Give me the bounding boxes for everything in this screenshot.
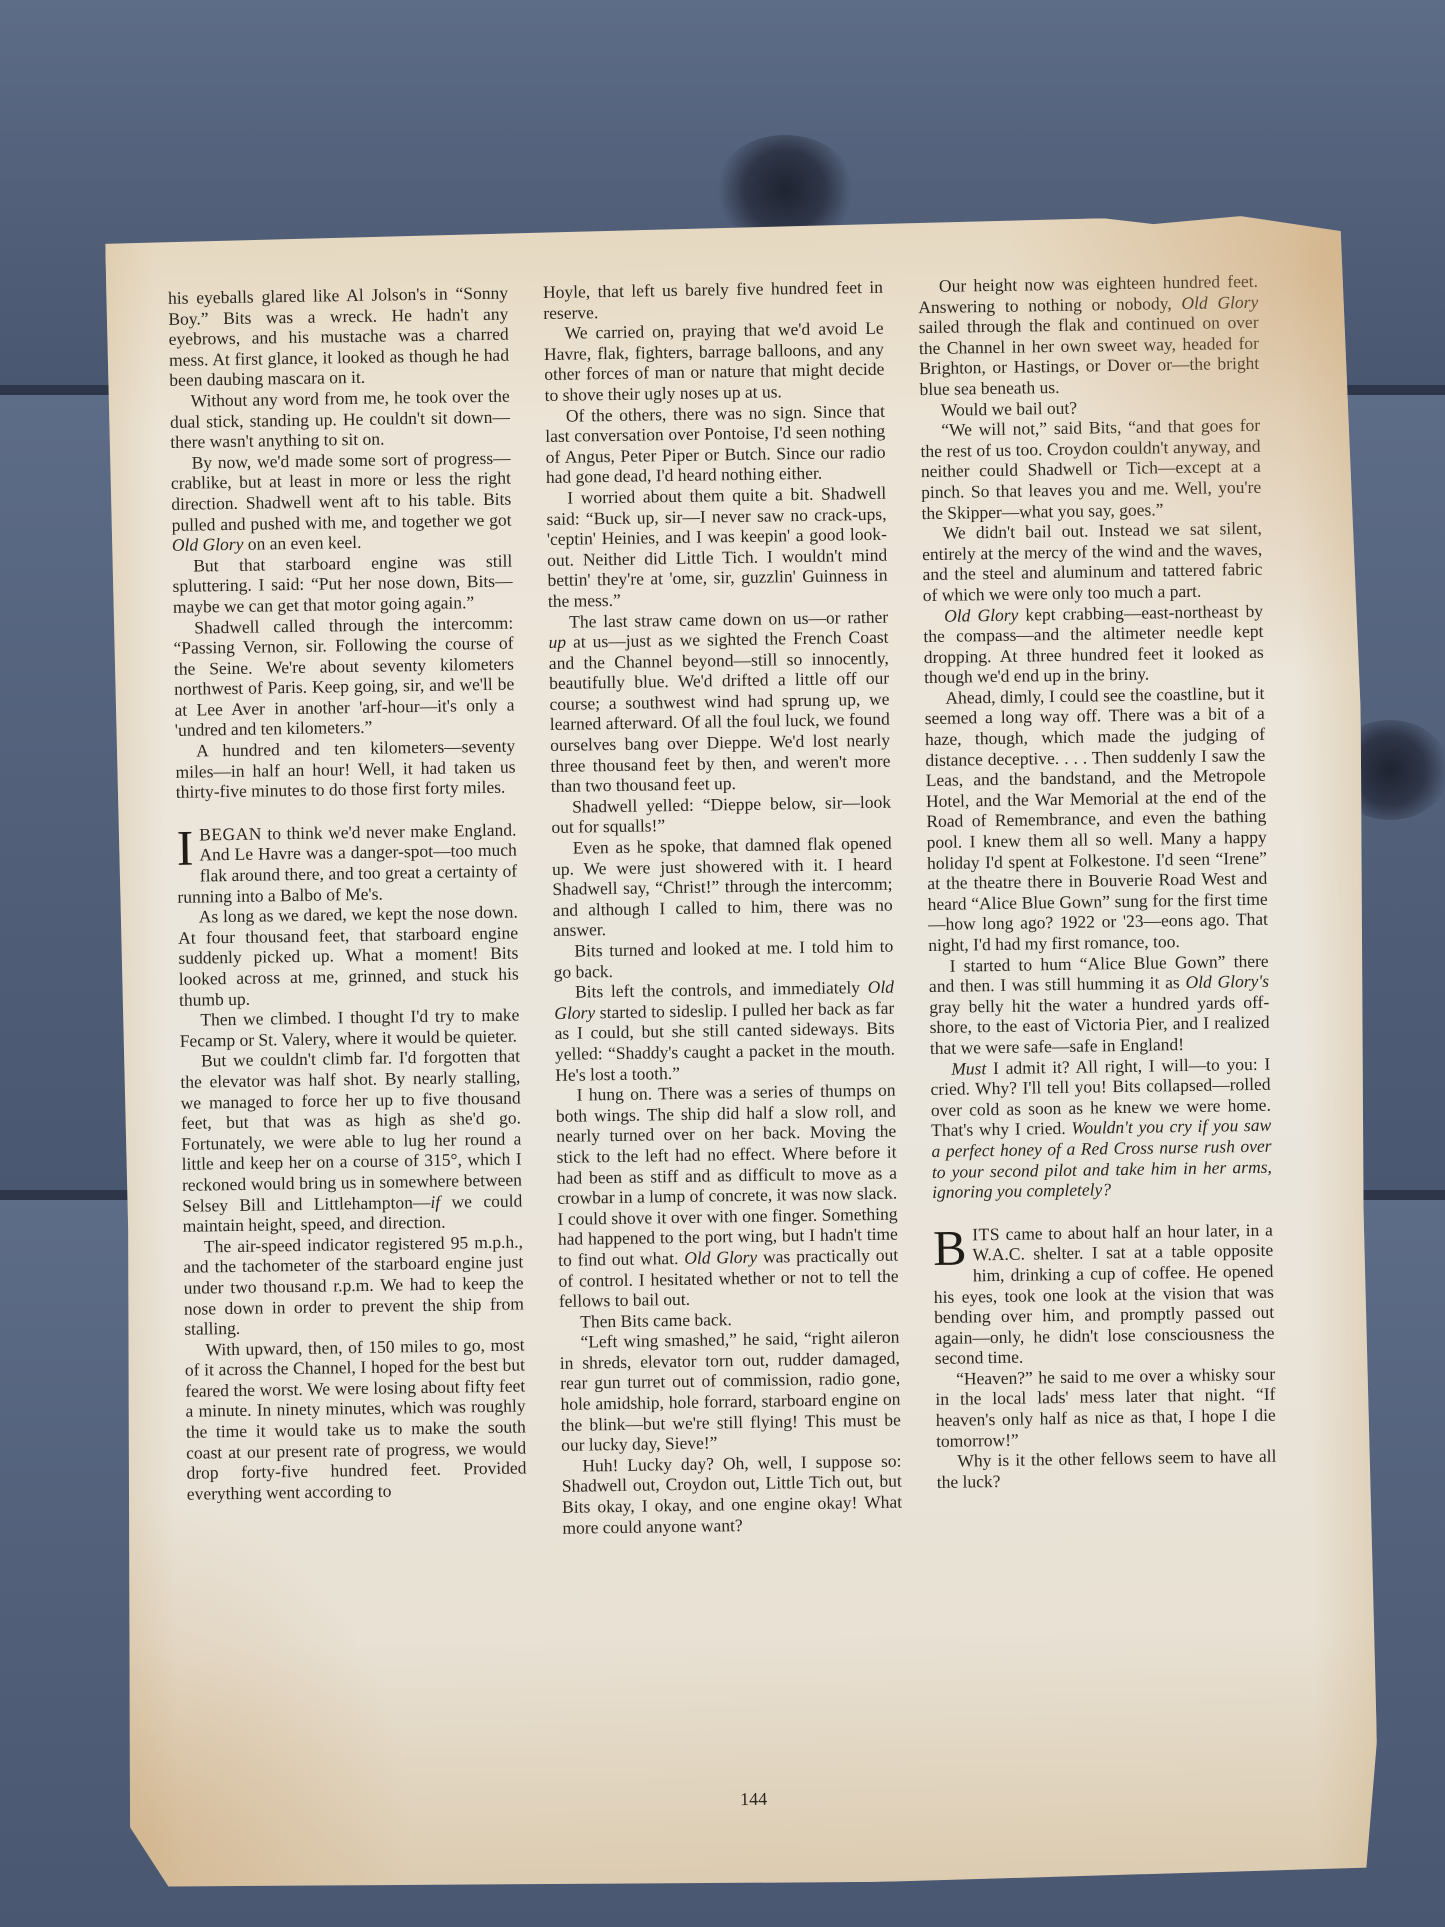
section-paragraph: BITS came to about half an hour later, i… [933, 1219, 1275, 1368]
paragraph: Hoyle, that left us barely five hundred … [543, 277, 884, 324]
paragraph: I hung on. There was a series of thumps … [555, 1080, 899, 1312]
paragraph: Without any word from me, he took over t… [170, 386, 511, 453]
italic-text: Must [951, 1058, 986, 1079]
paragraph: But we couldn't climb far. I'd forgotten… [180, 1046, 523, 1237]
lead-in-caps: ITS [972, 1224, 1000, 1244]
paragraph: Bits turned and looked at me. I told him… [553, 936, 894, 983]
paragraph: As long as we dared, we kept the nose do… [178, 902, 520, 1010]
paragraph: Bits left the controls, and immediately … [554, 977, 896, 1085]
paragraph: Why is it the other fellows seem to have… [936, 1446, 1277, 1493]
paragraph: “We will not,” said Bits, “and that goes… [920, 415, 1262, 523]
column-left: his eyeballs glared like Al Jolson's in … [168, 283, 528, 1544]
paragraph: Shadwell called through the intercomm: “… [173, 612, 515, 741]
paragraph: The last straw came down on us—or rather… [548, 606, 891, 797]
column-right: Our height now was eighteen hundred feet… [918, 271, 1278, 1532]
text-columns: his eyeballs glared like Al Jolson's in … [168, 270, 1318, 1544]
italic-text: up [548, 632, 566, 652]
paragraph: Even as he spoke, that damned flak opene… [552, 833, 894, 941]
paragraph: his eyeballs glared like Al Jolson's in … [168, 283, 510, 391]
paragraph: We carried on, praying that we'd avoid L… [543, 318, 884, 406]
italic-text: if [430, 1191, 440, 1211]
paragraph: Must I admit it? All right, I will—to yo… [930, 1053, 1272, 1202]
paragraph: A hundred and ten kilometers—seventy mil… [175, 736, 516, 803]
paragraph: Huh! Lucky day? Oh, well, I suppose so: … [561, 1450, 902, 1538]
paragraph: Ahead, dimly, I could see the coastline,… [924, 683, 1268, 956]
paragraph: Old Glory kept crabbing—east-northeast b… [923, 600, 1264, 688]
drop-cap: I [176, 827, 193, 867]
italic-text: Old Glory [554, 977, 894, 1023]
paragraph: I worried about them quite a bit. Shadwe… [546, 483, 888, 612]
paragraph: Of the others, there was no sign. Since … [545, 400, 886, 488]
italic-text: Old Glory [1181, 291, 1258, 312]
column-middle: Hoyle, that left us barely five hundred … [543, 277, 903, 1538]
paragraph: I started to hum “Alice Blue Gown” there… [928, 950, 1270, 1058]
italic-text: Old Glory's [1185, 971, 1269, 992]
italic-text: Old Glory [172, 534, 244, 555]
lead-in-caps: BEGAN [199, 823, 262, 844]
page-number: 144 [130, 1779, 1378, 1820]
italic-text: Old Glory [684, 1247, 757, 1268]
italic-text: Wouldn't you cry if you saw a perfect ho… [931, 1115, 1272, 1202]
paragraph: “Heaven?” he said to me over a whisky so… [935, 1364, 1276, 1452]
paragraph: But that starboard engine was still splu… [172, 550, 513, 617]
paragraph: “Left wing smashed,” he said, “right ail… [559, 1327, 901, 1456]
drop-cap: B [933, 1227, 967, 1268]
paragraph: The air-speed indicator registered 95 m.… [183, 1231, 525, 1339]
italic-text: Old Glory [944, 604, 1018, 625]
magazine-page: his eyeballs glared like Al Jolson's in … [105, 214, 1379, 1893]
section-paragraph: IBEGAN to think we'd never make England.… [176, 819, 517, 907]
paragraph: We didn't bail out. Instead we sat silen… [922, 518, 1263, 606]
paragraph: Then we climbed. I thought I'd try to ma… [179, 1005, 520, 1052]
paragraph: Our height now was eighteen hundred feet… [918, 271, 1260, 400]
paragraph: With upward, then, of 150 miles to go, m… [184, 1334, 527, 1504]
paragraph: By now, we'd made some sort of progress—… [170, 447, 512, 555]
paragraph: Shadwell yelled: “Dieppe below, sir—look… [551, 791, 892, 838]
